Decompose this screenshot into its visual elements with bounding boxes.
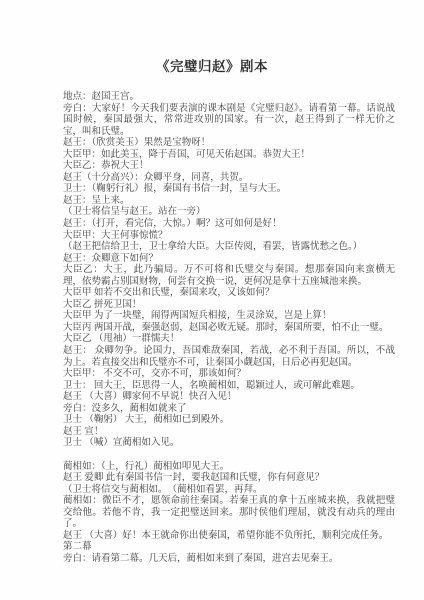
script-line: 赵王：呈上来。: [63, 196, 395, 208]
script-line: 蔺相如：（上，行礼）蔺相如叩见大王。: [63, 462, 395, 474]
script-line: 赵王（十分高兴）：众卿平身，同喜，共贺。: [63, 173, 395, 185]
document-page: 《完璧归赵》剧本 地点：赵国王宫。旁白：大家好！今天我们要表演的课本剧是《完璧归…: [0, 0, 424, 600]
script-line: 大臣乙 拼死卫国！: [63, 300, 395, 312]
script-line: 赵王 爱卿 此有秦国书信一封，要我赵国和氏璧，你有何意见？: [63, 473, 395, 485]
script-line: 蔺相如：微臣不才，愿领命前往秦国。若秦王真的拿十五座城来换，我就把璧交给他。若他…: [63, 496, 395, 531]
script-line: 旁白：大家好！今天我们要表演的课本剧是《完璧归赵》。请看第一幕。话说战国时候，秦…: [63, 104, 395, 139]
document-title: 《完璧归赵》剧本: [0, 55, 424, 75]
script-line: 卫士：（鞠躬行礼）报，秦国有书信一封，呈与大王。: [63, 184, 395, 196]
script-line: 赵王： 众卿勿争。论国力，吾国难敌秦国，若战，必不利于吾国。所以，不战为上。若直…: [63, 346, 395, 369]
script-line: 大臣乙 （甩袖）一群懦夫！: [63, 334, 395, 346]
script-line: 赵王 宣！: [63, 427, 395, 439]
script-line: （赵王把信给卫士，卫士拿给大臣。大臣传阅，看罢，皆露忧愁之色。）: [63, 242, 395, 254]
script-line: 大臣乙：恭祝大王！: [63, 161, 395, 173]
script-line: 卫士： 回大王，臣思得一人，名唤蔺相如，聪颖过人，或可解此难题。: [63, 381, 395, 393]
script-line: 赵王：（欣赏美玉）果然是宝物呀！: [63, 138, 395, 150]
script-line: 卫士 （鞠躬） 大王，蔺相如已到殿外。: [63, 415, 395, 427]
script-line: 卫士 （喊）宣蔺相如入见。: [63, 438, 395, 450]
script-line: 大臣乙：大王，此乃骗局。万不可将和氏璧交与秦国。想那秦国向来蛮横无理，依势霸占别…: [63, 265, 395, 288]
script-line: 大臣甲 为了一块璧，闹得两国短兵相接，生灵涂炭，岂是上算！: [63, 311, 395, 323]
script-line: 赵王 （大喜）卿家何不早说！快召入见！: [63, 392, 395, 404]
script-line: 大臣甲：如此美玉，降于吾国，可见天佑赵国。恭贺大王！: [63, 150, 395, 162]
script-line: 大臣甲：大王何事惊慌？: [63, 231, 395, 243]
script-line: 大臣丙 两国开战，秦强赵弱，赵国必败无疑。那时，秦国所要，怕不止一璧。: [63, 323, 395, 335]
script-line: 大臣甲： 不交不可，交亦不可，那该如何？: [63, 369, 395, 381]
script-line: 第二幕: [63, 542, 395, 554]
script-line: 赵王 （大喜）好！本王就命你出使秦国，希望你能不负所托，顺利完成任务。: [63, 531, 395, 543]
script-line: 大臣甲 如若不交出和氏璧，秦国来攻，又该如何？: [63, 288, 395, 300]
script-line: 赵王：（打开，看完信，大惊。）啊？这可如何是好！: [63, 219, 395, 231]
script-line: 旁白：请看第二幕。几天后，蔺相如来到了秦国，进宫去见秦王。: [63, 554, 395, 566]
script-line: 地点：赵国王宫。: [63, 92, 395, 104]
script-line: 赵王：众卿意下如何？: [63, 254, 395, 266]
script-body: 地点：赵国王宫。旁白：大家好！今天我们要表演的课本剧是《完璧归赵》。请看第一幕。…: [63, 92, 395, 565]
script-line: （卫士将信交与蔺相如。 （蔺相如看罢，再拜。: [63, 485, 395, 497]
script-line: （卫士将信呈与赵王。站在一旁）: [63, 207, 395, 219]
blank-line: [63, 450, 395, 462]
script-line: 旁白：没多久，蔺相如就来了: [63, 404, 395, 416]
